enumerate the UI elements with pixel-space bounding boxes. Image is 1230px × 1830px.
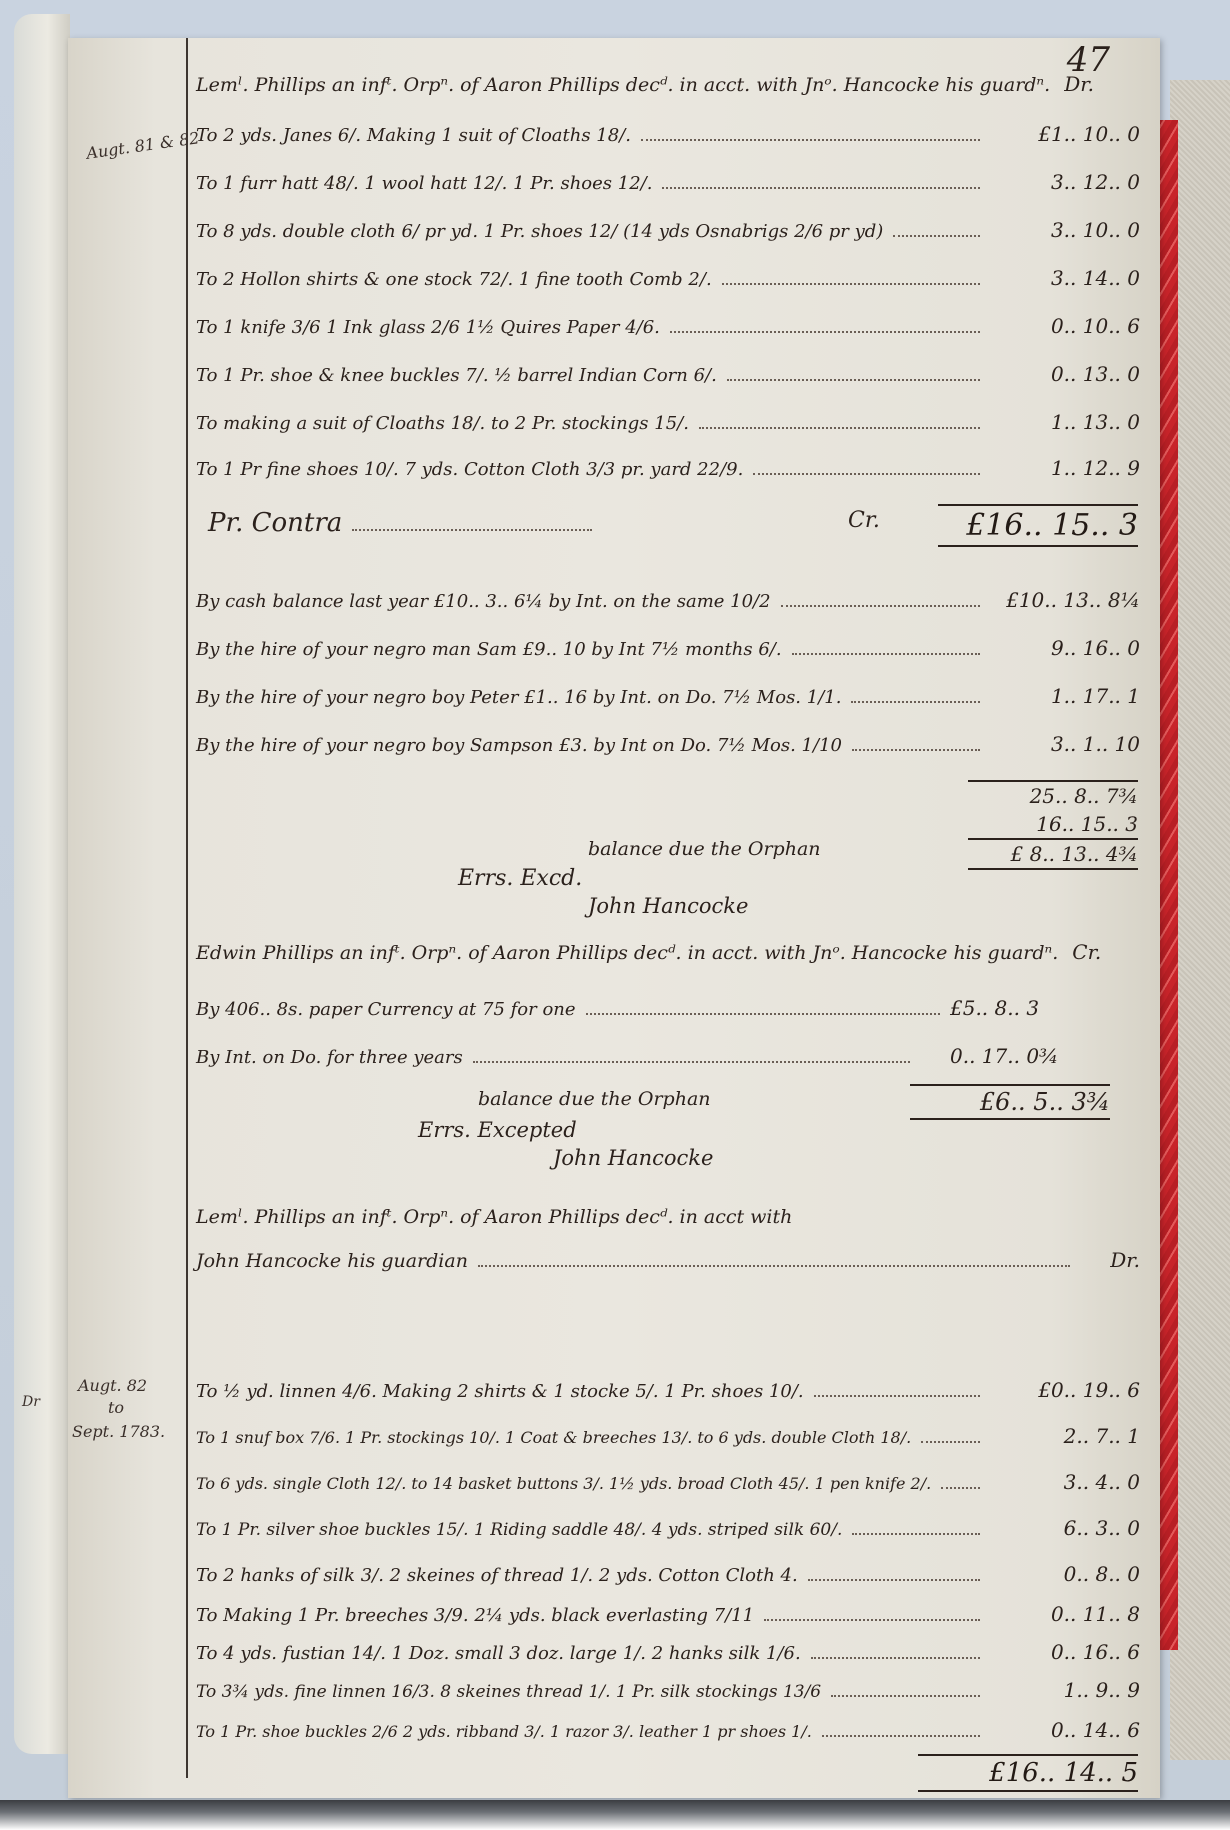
leader-dots (473, 1049, 910, 1063)
leader-dots (764, 1607, 980, 1621)
leader-dots (831, 1683, 980, 1697)
leader-dots (727, 367, 980, 381)
account1-heading: Lemˡ. Phillips an infᵗ. Orpⁿ. of Aaron P… (196, 72, 1140, 102)
entry-amount: 0.. 14.. 6 (990, 1718, 1140, 1742)
facing-page-mark: Dr (22, 1394, 40, 1410)
entry-amount: £1.. 10.. 0 (990, 122, 1140, 146)
entry-text: To 1 furr hatt 48/. 1 wool hatt 12/. 1 P… (196, 173, 652, 194)
leader-dots (822, 1723, 980, 1737)
credit-entry: By the hire of your negro man Sam £9.. 1… (196, 636, 1140, 666)
entry-amount: 1.. 17.. 1 (990, 684, 1140, 708)
contra-label: Pr. Contra (208, 508, 342, 538)
entry-text: To 2 hanks of silk 3/. 2 skeines of thre… (196, 1565, 798, 1586)
leader-dots (941, 1475, 980, 1489)
debit-entry: To 2 Hollon shirts & one stock 72/. 1 fi… (196, 266, 1140, 296)
entry-text: To Making 1 Pr. breeches 3/9. 2¼ yds. bl… (196, 1605, 754, 1626)
debit-total: £16.. 15.. 3 (938, 504, 1138, 547)
entry-amount: 9.. 16.. 0 (990, 636, 1140, 660)
balance-amount: £6.. 5.. 3¾ (910, 1084, 1110, 1120)
debit-entry: To 2 yds. Janes 6/. Making 1 suit of Clo… (196, 122, 1140, 152)
leader-dots (811, 1645, 980, 1659)
entry-text: By the hire of your negro man Sam £9.. 1… (196, 639, 782, 660)
entry-text: By the hire of your negro boy Peter £1..… (196, 687, 841, 708)
leader-dots (352, 517, 592, 531)
debit-entry: To 1 Pr fine shoes 10/. 7 yds. Cotton Cl… (196, 456, 1140, 486)
entry-amount: 3.. 4.. 0 (990, 1470, 1140, 1494)
credit-sum: 25.. 8.. 7¾ (968, 780, 1138, 810)
balance-label: balance due the Orphan (588, 838, 821, 860)
facing-page-edge: Dr (14, 14, 70, 1754)
entry-text: To 1 Pr fine shoes 10/. 7 yds. Cotton Cl… (196, 459, 743, 480)
entry-text: By Int. on Do. for three years (196, 1047, 463, 1068)
entry-amount: 0.. 17.. 0¾ (920, 1044, 1140, 1068)
red-page-edge (1160, 120, 1178, 1650)
dr-label: Dr. (1080, 1248, 1140, 1272)
signature: John Hancocke (588, 894, 748, 918)
entry-text: To ½ yd. linnen 4/6. Making 2 shirts & 1… (196, 1381, 804, 1402)
entry-amount: 3.. 10.. 0 (990, 218, 1140, 242)
less-debit: 16.. 15.. 3 (968, 810, 1138, 840)
entry-amount: 0.. 16.. 6 (990, 1640, 1140, 1664)
errors-excepted: Errs. Excd. (458, 866, 582, 891)
entry-amount: 3.. 14.. 0 (990, 266, 1140, 290)
signature: John Hancocke (553, 1146, 713, 1170)
initials-mark: Cr. (848, 508, 880, 533)
heading-text: Lemˡ. Phillips an infᵗ. Orpⁿ. of Aaron P… (196, 74, 1050, 96)
leader-dots (478, 1253, 1070, 1267)
credit-entry: By the hire of your negro boy Sampson £3… (196, 732, 1140, 762)
entry-amount: 6.. 3.. 0 (990, 1516, 1140, 1540)
debit-entry: To 1 snuf box 7/6. 1 Pr. stockings 10/. … (196, 1424, 1140, 1454)
leader-dots (814, 1383, 980, 1397)
debit-entry: To ½ yd. linnen 4/6. Making 2 shirts & 1… (196, 1378, 1140, 1408)
leader-dots (753, 461, 980, 475)
entry-amount: £0.. 19.. 6 (990, 1378, 1140, 1402)
margin-date-end: Sept. 1783. (72, 1422, 165, 1442)
entry-amount: 0.. 10.. 6 (990, 314, 1140, 338)
entry-amount: 0.. 11.. 8 (990, 1602, 1140, 1626)
entry-text: To 2 yds. Janes 6/. Making 1 suit of Clo… (196, 125, 631, 146)
entry-amount: 1.. 13.. 0 (990, 410, 1140, 434)
entry-amount: 1.. 9.. 9 (990, 1678, 1140, 1702)
entry-amount: 0.. 13.. 0 (990, 362, 1140, 386)
entry-amount: £10.. 13.. 8¼ (990, 588, 1140, 612)
debit-entry: To Making 1 Pr. breeches 3/9. 2¼ yds. bl… (196, 1602, 1140, 1632)
debit-entry: To 6 yds. single Cloth 12/. to 14 basket… (196, 1470, 1140, 1500)
book-cover-cloth (1170, 80, 1230, 1760)
entry-text: To 6 yds. single Cloth 12/. to 14 basket… (196, 1474, 931, 1493)
heading-text: Lemˡ. Phillips an infᵗ. Orpⁿ. of Aaron P… (196, 1206, 792, 1228)
debit-entry: To 3¾ yds. fine linnen 16/3. 8 skeines t… (196, 1678, 1140, 1708)
entry-amount: 0.. 8.. 0 (990, 1562, 1140, 1586)
entry-text: To 1 Pr. silver shoe buckles 15/. 1 Ridi… (196, 1520, 842, 1540)
entry-text: By cash balance last year £10.. 3.. 6¼ b… (196, 591, 771, 612)
account3-heading-line2: John Hancocke his guardianDr. (196, 1248, 1140, 1278)
debit-total: £16.. 14.. 5 (918, 1754, 1138, 1792)
book-shadow (0, 1800, 1230, 1830)
leader-dots (808, 1567, 980, 1581)
ledger-page: 47 Augt. 81 & 82 Lemˡ. Phillips an infᵗ.… (68, 38, 1160, 1798)
debit-entry: To 2 hanks of silk 3/. 2 skeines of thre… (196, 1562, 1140, 1592)
credit-entry: By cash balance last year £10.. 3.. 6¼ b… (196, 588, 1140, 618)
leader-dots (852, 1521, 980, 1535)
leader-dots (852, 737, 980, 751)
leader-dots (893, 223, 980, 237)
debit-entry: To 1 Pr. shoe buckles 2/6 2 yds. ribband… (196, 1718, 1140, 1748)
leader-dots (781, 593, 980, 607)
leader-dots (699, 415, 980, 429)
errors-excepted: Errs. Excepted (418, 1118, 577, 1142)
debit-entry: To 8 yds. double cloth 6/ pr yd. 1 Pr. s… (196, 218, 1140, 248)
account2-heading: Edwin Phillips an infᵗ. Orpⁿ. of Aaron P… (196, 940, 1140, 970)
debit-entry: To making a suit of Cloaths 18/. to 2 Pr… (196, 410, 1140, 440)
debit-entry: To 4 yds. fustian 14/. 1 Doz. small 3 do… (196, 1640, 1140, 1670)
cr-label: Cr. (1072, 940, 1101, 964)
leader-dots (921, 1429, 980, 1443)
entry-text: To 2 Hollon shirts & one stock 72/. 1 fi… (196, 269, 712, 290)
dr-label: Dr. (1064, 72, 1094, 96)
leader-dots (670, 319, 980, 333)
debit-entry: To 1 knife 3/6 1 Ink glass 2/6 1½ Quires… (196, 314, 1140, 344)
account3-heading: Lemˡ. Phillips an infᵗ. Orpⁿ. of Aaron P… (196, 1206, 1140, 1236)
entry-amount: 3.. 12.. 0 (990, 170, 1140, 194)
balance-label: balance due the Orphan (478, 1088, 711, 1110)
leader-dots (662, 175, 980, 189)
entry-amount: £5.. 8.. 3 (950, 996, 1140, 1020)
balance-amount: £ 8.. 13.. 4¾ (968, 840, 1138, 870)
entry-text: To 1 Pr. shoe & knee buckles 7/. ½ barre… (196, 365, 717, 386)
margin-date-account1: Augt. 81 & 82 (85, 128, 201, 164)
entry-text: To 1 Pr. shoe buckles 2/6 2 yds. ribband… (196, 1722, 812, 1741)
margin-rule (186, 38, 188, 1778)
debit-entry: To 1 Pr. silver shoe buckles 15/. 1 Ridi… (196, 1516, 1140, 1546)
debit-entry: To 1 furr hatt 48/. 1 wool hatt 12/. 1 P… (196, 170, 1140, 200)
leader-dots (851, 689, 980, 703)
debit-entry: To 1 Pr. shoe & knee buckles 7/. ½ barre… (196, 362, 1140, 392)
entry-text: To making a suit of Cloaths 18/. to 2 Pr… (196, 413, 689, 434)
entry-text: To 4 yds. fustian 14/. 1 Doz. small 3 do… (196, 1643, 801, 1664)
leader-dots (641, 127, 980, 141)
margin-date-to: to (108, 1398, 124, 1418)
leader-dots (586, 1001, 940, 1015)
balance-value: £6.. 5.. 3¾ (910, 1084, 1110, 1120)
heading-text: John Hancocke his guardian (196, 1250, 468, 1272)
credit-entry: By 406.. 8s. paper Currency at 75 for on… (196, 996, 1140, 1026)
credit-entry: By Int. on Do. for three years0.. 17.. 0… (196, 1044, 1140, 1074)
balance-calculation: 25.. 8.. 7¾ 16.. 15.. 3 £ 8.. 13.. 4¾ (968, 780, 1138, 870)
entry-text: To 8 yds. double cloth 6/ pr yd. 1 Pr. s… (196, 221, 883, 242)
leader-dots (792, 641, 980, 655)
entry-text: By 406.. 8s. paper Currency at 75 for on… (196, 999, 576, 1020)
heading-text: Edwin Phillips an infᵗ. Orpⁿ. of Aaron P… (196, 942, 1058, 964)
entry-text: By the hire of your negro boy Sampson £3… (196, 735, 842, 756)
leader-dots (722, 271, 980, 285)
credit-entry: By the hire of your negro boy Peter £1..… (196, 684, 1140, 714)
entry-text: To 1 knife 3/6 1 Ink glass 2/6 1½ Quires… (196, 317, 660, 338)
entry-amount: 1.. 12.. 9 (990, 456, 1140, 480)
entry-text: To 1 snuf box 7/6. 1 Pr. stockings 10/. … (196, 1428, 911, 1447)
entry-text: To 3¾ yds. fine linnen 16/3. 8 skeines t… (196, 1682, 821, 1702)
entry-amount: 3.. 1.. 10 (990, 732, 1140, 756)
entry-amount: 2.. 7.. 1 (990, 1424, 1140, 1448)
margin-date-from: Augt. 82 (78, 1376, 147, 1396)
